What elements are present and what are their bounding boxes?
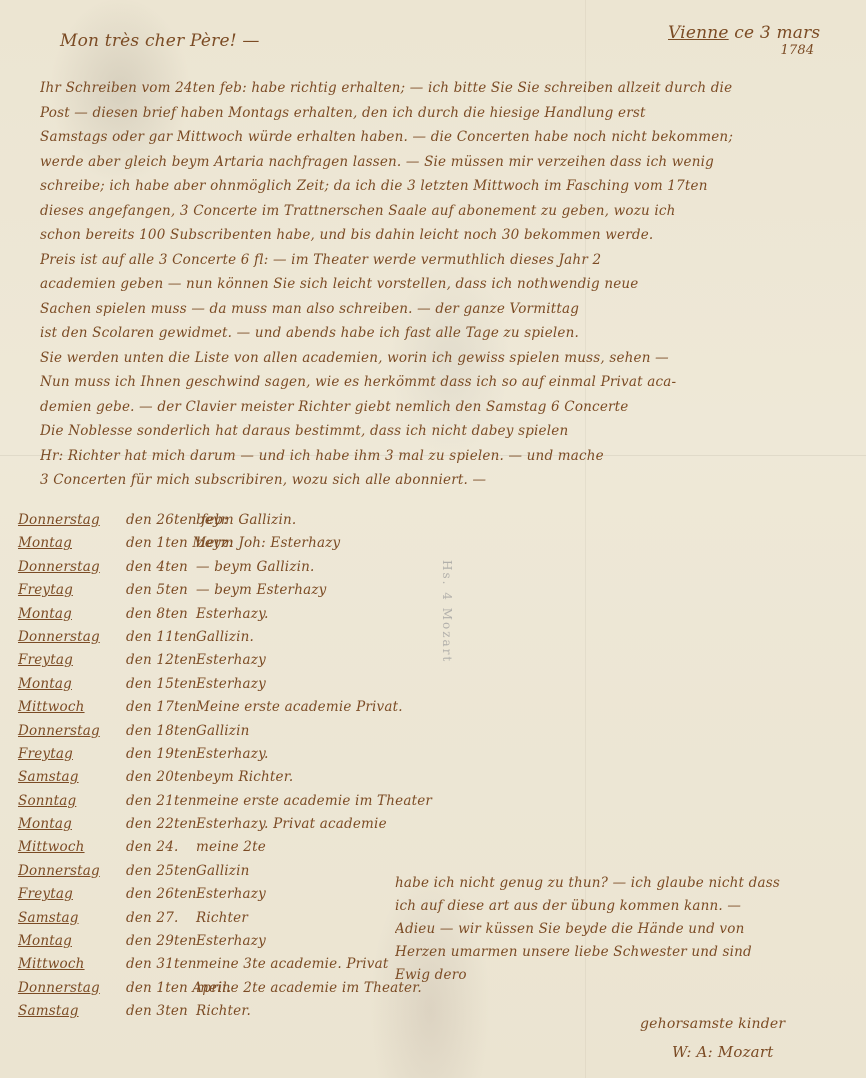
- schedule-row: Donnerstagden 25tenGallizin: [18, 863, 438, 886]
- body-line: 3 Concerten für mich subscribiren, wozu …: [40, 468, 840, 493]
- postscript: habe ich nicht genug zu thun? — ich glau…: [395, 872, 855, 987]
- place: Vienne: [668, 23, 729, 43]
- schedule-row: Montagden 15tenEsterhazy: [18, 676, 438, 699]
- schedule-date: den 5ten: [126, 582, 196, 598]
- schedule-row: Montagden 29tenEsterhazy: [18, 933, 438, 956]
- schedule-venue: Esterhazy: [196, 933, 266, 949]
- schedule-venue: — beym Esterhazy: [196, 582, 326, 598]
- schedule-row: Samstagden 27.Richter: [18, 910, 438, 933]
- body-line: demien gebe. — der Clavier meister Richt…: [40, 395, 840, 420]
- schedule-venue: beym Richter.: [196, 769, 293, 785]
- body-line: academien geben — nun können Sie sich le…: [40, 272, 840, 297]
- schedule-row: Freytagden 12tenEsterhazy: [18, 652, 438, 675]
- schedule-row: Mittwochden 31tenmeine 3te academie. Pri…: [18, 956, 438, 979]
- schedule-date: den 3ten: [126, 1003, 196, 1019]
- signature: W: A: Mozart: [672, 1038, 785, 1066]
- schedule-date: den 17ten: [126, 699, 196, 715]
- schedule-row: Freytagden 5ten— beym Esterhazy: [18, 582, 438, 605]
- postscript-line: Ewig dero: [395, 964, 855, 987]
- schedule-date: den 15ten: [126, 676, 196, 692]
- schedule-date: den 27.: [126, 910, 196, 926]
- valediction: gehorsamste kinder: [640, 1010, 785, 1038]
- body-line: dieses angefangen, 3 Concerte im Trattne…: [40, 199, 840, 224]
- schedule-row: Freytagden 26tenEsterhazy: [18, 886, 438, 909]
- schedule-venue: beym Joh: Esterhazy: [196, 535, 340, 551]
- body-line: Sie werden unten die Liste von allen aca…: [40, 346, 840, 371]
- schedule-date: den 20ten: [126, 769, 196, 785]
- postscript-line: Adieu — wir küssen Sie beyde die Hände u…: [395, 918, 855, 941]
- schedule-date: den 4ten: [126, 559, 196, 575]
- schedule-row: Donnerstagden 11tenGallizin.: [18, 629, 438, 652]
- schedule-venue: meine 2te: [196, 839, 266, 855]
- schedule-row: Montagden 1ten Merz:beym Joh: Esterhazy: [18, 535, 438, 558]
- schedule-day: Mittwoch: [18, 839, 126, 855]
- schedule-day: Freytag: [18, 746, 126, 762]
- body-line: ist den Scolaren gewidmet. — und abends …: [40, 321, 840, 346]
- schedule-day: Donnerstag: [18, 512, 126, 528]
- schedule-day: Montag: [18, 816, 126, 832]
- schedule-day: Montag: [18, 535, 126, 551]
- schedule-date: den 26ten feb:: [126, 512, 196, 528]
- body-line: werde aber gleich beym Artaria nachfrage…: [40, 150, 840, 175]
- letter-page: Mon très cher Père! — Vienne ce 3 mars 1…: [0, 0, 866, 1078]
- body-line: Post — diesen brief haben Montags erhalt…: [40, 101, 840, 126]
- schedule-date: den 26ten: [126, 886, 196, 902]
- schedule-day: Donnerstag: [18, 559, 126, 575]
- schedule-row: Sonntagden 21tenmeine erste academie im …: [18, 793, 438, 816]
- schedule-date: den 11ten: [126, 629, 196, 645]
- schedule-row: Mittwochden 17tenMeine erste academie Pr…: [18, 699, 438, 722]
- schedule-day: Mittwoch: [18, 699, 126, 715]
- schedule-day: Samstag: [18, 910, 126, 926]
- salutation: Mon très cher Père! —: [60, 32, 260, 50]
- schedule-day: Donnerstag: [18, 629, 126, 645]
- schedule-day: Montag: [18, 606, 126, 622]
- schedule-date: den 24.: [126, 839, 196, 855]
- schedule-venue: Richter: [196, 910, 248, 926]
- schedule-row: Montagden 8tenEsterhazy.: [18, 606, 438, 629]
- schedule-venue: Gallizin: [196, 863, 250, 879]
- schedule-date: den 12ten: [126, 652, 196, 668]
- closing: gehorsamste kinder W: A: Mozart: [640, 1010, 785, 1066]
- schedule-date: den 18ten: [126, 723, 196, 739]
- body-line: schreibe; ich habe aber ohnmöglich Zeit;…: [40, 174, 840, 199]
- body-line: Nun muss ich Ihnen geschwind sagen, wie …: [40, 370, 840, 395]
- schedule-row: Donnerstagden 18tenGallizin: [18, 723, 438, 746]
- date: ce 3 mars: [734, 23, 820, 43]
- schedule-row: Donnerstagden 26ten feb:beym Gallizin.: [18, 512, 438, 535]
- schedule-venue: Gallizin.: [196, 629, 254, 645]
- body-line: Ihr Schreiben vom 24ten feb: habe richti…: [40, 76, 840, 101]
- schedule-day: Donnerstag: [18, 980, 126, 996]
- schedule-venue: Esterhazy.: [196, 746, 269, 762]
- schedule-venue: meine 3te academie. Privat: [196, 956, 389, 972]
- schedule-venue: meine 2te academie im Theater.: [196, 980, 422, 996]
- schedule-day: Donnerstag: [18, 863, 126, 879]
- schedule-day: Samstag: [18, 769, 126, 785]
- schedule-venue: meine erste academie im Theater: [196, 793, 432, 809]
- schedule-venue: beym Gallizin.: [196, 512, 296, 528]
- schedule-day: Samstag: [18, 1003, 126, 1019]
- body-line: schon bereits 100 Subscribenten habe, un…: [40, 223, 840, 248]
- body-line: Hr: Richter hat mich darum — und ich hab…: [40, 444, 840, 469]
- schedule-venue: — beym Gallizin.: [196, 559, 315, 575]
- concert-schedule: Donnerstagden 26ten feb:beym Gallizin. M…: [18, 512, 438, 1027]
- schedule-day: Donnerstag: [18, 723, 126, 739]
- schedule-venue: Esterhazy. Privat academie: [196, 816, 387, 832]
- schedule-date: den 25ten: [126, 863, 196, 879]
- schedule-row: Donnerstagden 1ten April.meine 2te acade…: [18, 980, 438, 1003]
- schedule-venue: Gallizin: [196, 723, 250, 739]
- schedule-venue: Meine erste academie Privat.: [196, 699, 403, 715]
- schedule-day: Freytag: [18, 582, 126, 598]
- schedule-row: Samstagden 20tenbeym Richter.: [18, 769, 438, 792]
- schedule-day: Sonntag: [18, 793, 126, 809]
- schedule-day: Mittwoch: [18, 956, 126, 972]
- schedule-venue: Esterhazy: [196, 886, 266, 902]
- schedule-venue: Esterhazy: [196, 652, 266, 668]
- schedule-venue: Esterhazy.: [196, 606, 269, 622]
- schedule-date: den 29ten: [126, 933, 196, 949]
- postscript-line: ich auf diese art aus der übung kommen k…: [395, 895, 855, 918]
- schedule-row: Donnerstagden 4ten— beym Gallizin.: [18, 559, 438, 582]
- schedule-row: Samstagden 3tenRichter.: [18, 1003, 438, 1026]
- schedule-day: Freytag: [18, 886, 126, 902]
- schedule-date: den 31ten: [126, 956, 196, 972]
- postscript-line: Herzen umarmen unsere liebe Schwester un…: [395, 941, 855, 964]
- body-line: Samstags oder gar Mittwoch würde erhalte…: [40, 125, 840, 150]
- schedule-row: Montagden 22tenEsterhazy. Privat academi…: [18, 816, 438, 839]
- schedule-date: den 19ten: [126, 746, 196, 762]
- schedule-date: den 21ten: [126, 793, 196, 809]
- postscript-line: habe ich nicht genug zu thun? — ich glau…: [395, 872, 855, 895]
- schedule-day: Montag: [18, 676, 126, 692]
- schedule-row: Mittwochden 24.meine 2te: [18, 839, 438, 862]
- body-line: Die Noblesse sonderlich hat daraus besti…: [40, 419, 840, 444]
- schedule-date: den 22ten: [126, 816, 196, 832]
- pencil-annotation: Hs. 4 Mozart: [440, 560, 454, 663]
- schedule-venue: Esterhazy: [196, 676, 266, 692]
- schedule-row: Freytagden 19tenEsterhazy.: [18, 746, 438, 769]
- schedule-day: Freytag: [18, 652, 126, 668]
- schedule-day: Montag: [18, 933, 126, 949]
- schedule-venue: Richter.: [196, 1003, 251, 1019]
- schedule-date: den 1ten Merz:: [126, 535, 196, 551]
- body-line: Sachen spielen muss — da muss man also s…: [40, 297, 840, 322]
- schedule-date: den 8ten: [126, 606, 196, 622]
- year: 1784: [668, 42, 814, 60]
- body-line: Preis ist auf alle 3 Concerte 6 fl: — im…: [40, 248, 840, 273]
- schedule-date: den 1ten April.: [126, 980, 196, 996]
- place-date: Vienne ce 3 mars 1784: [668, 24, 820, 60]
- letter-body: Ihr Schreiben vom 24ten feb: habe richti…: [40, 76, 840, 493]
